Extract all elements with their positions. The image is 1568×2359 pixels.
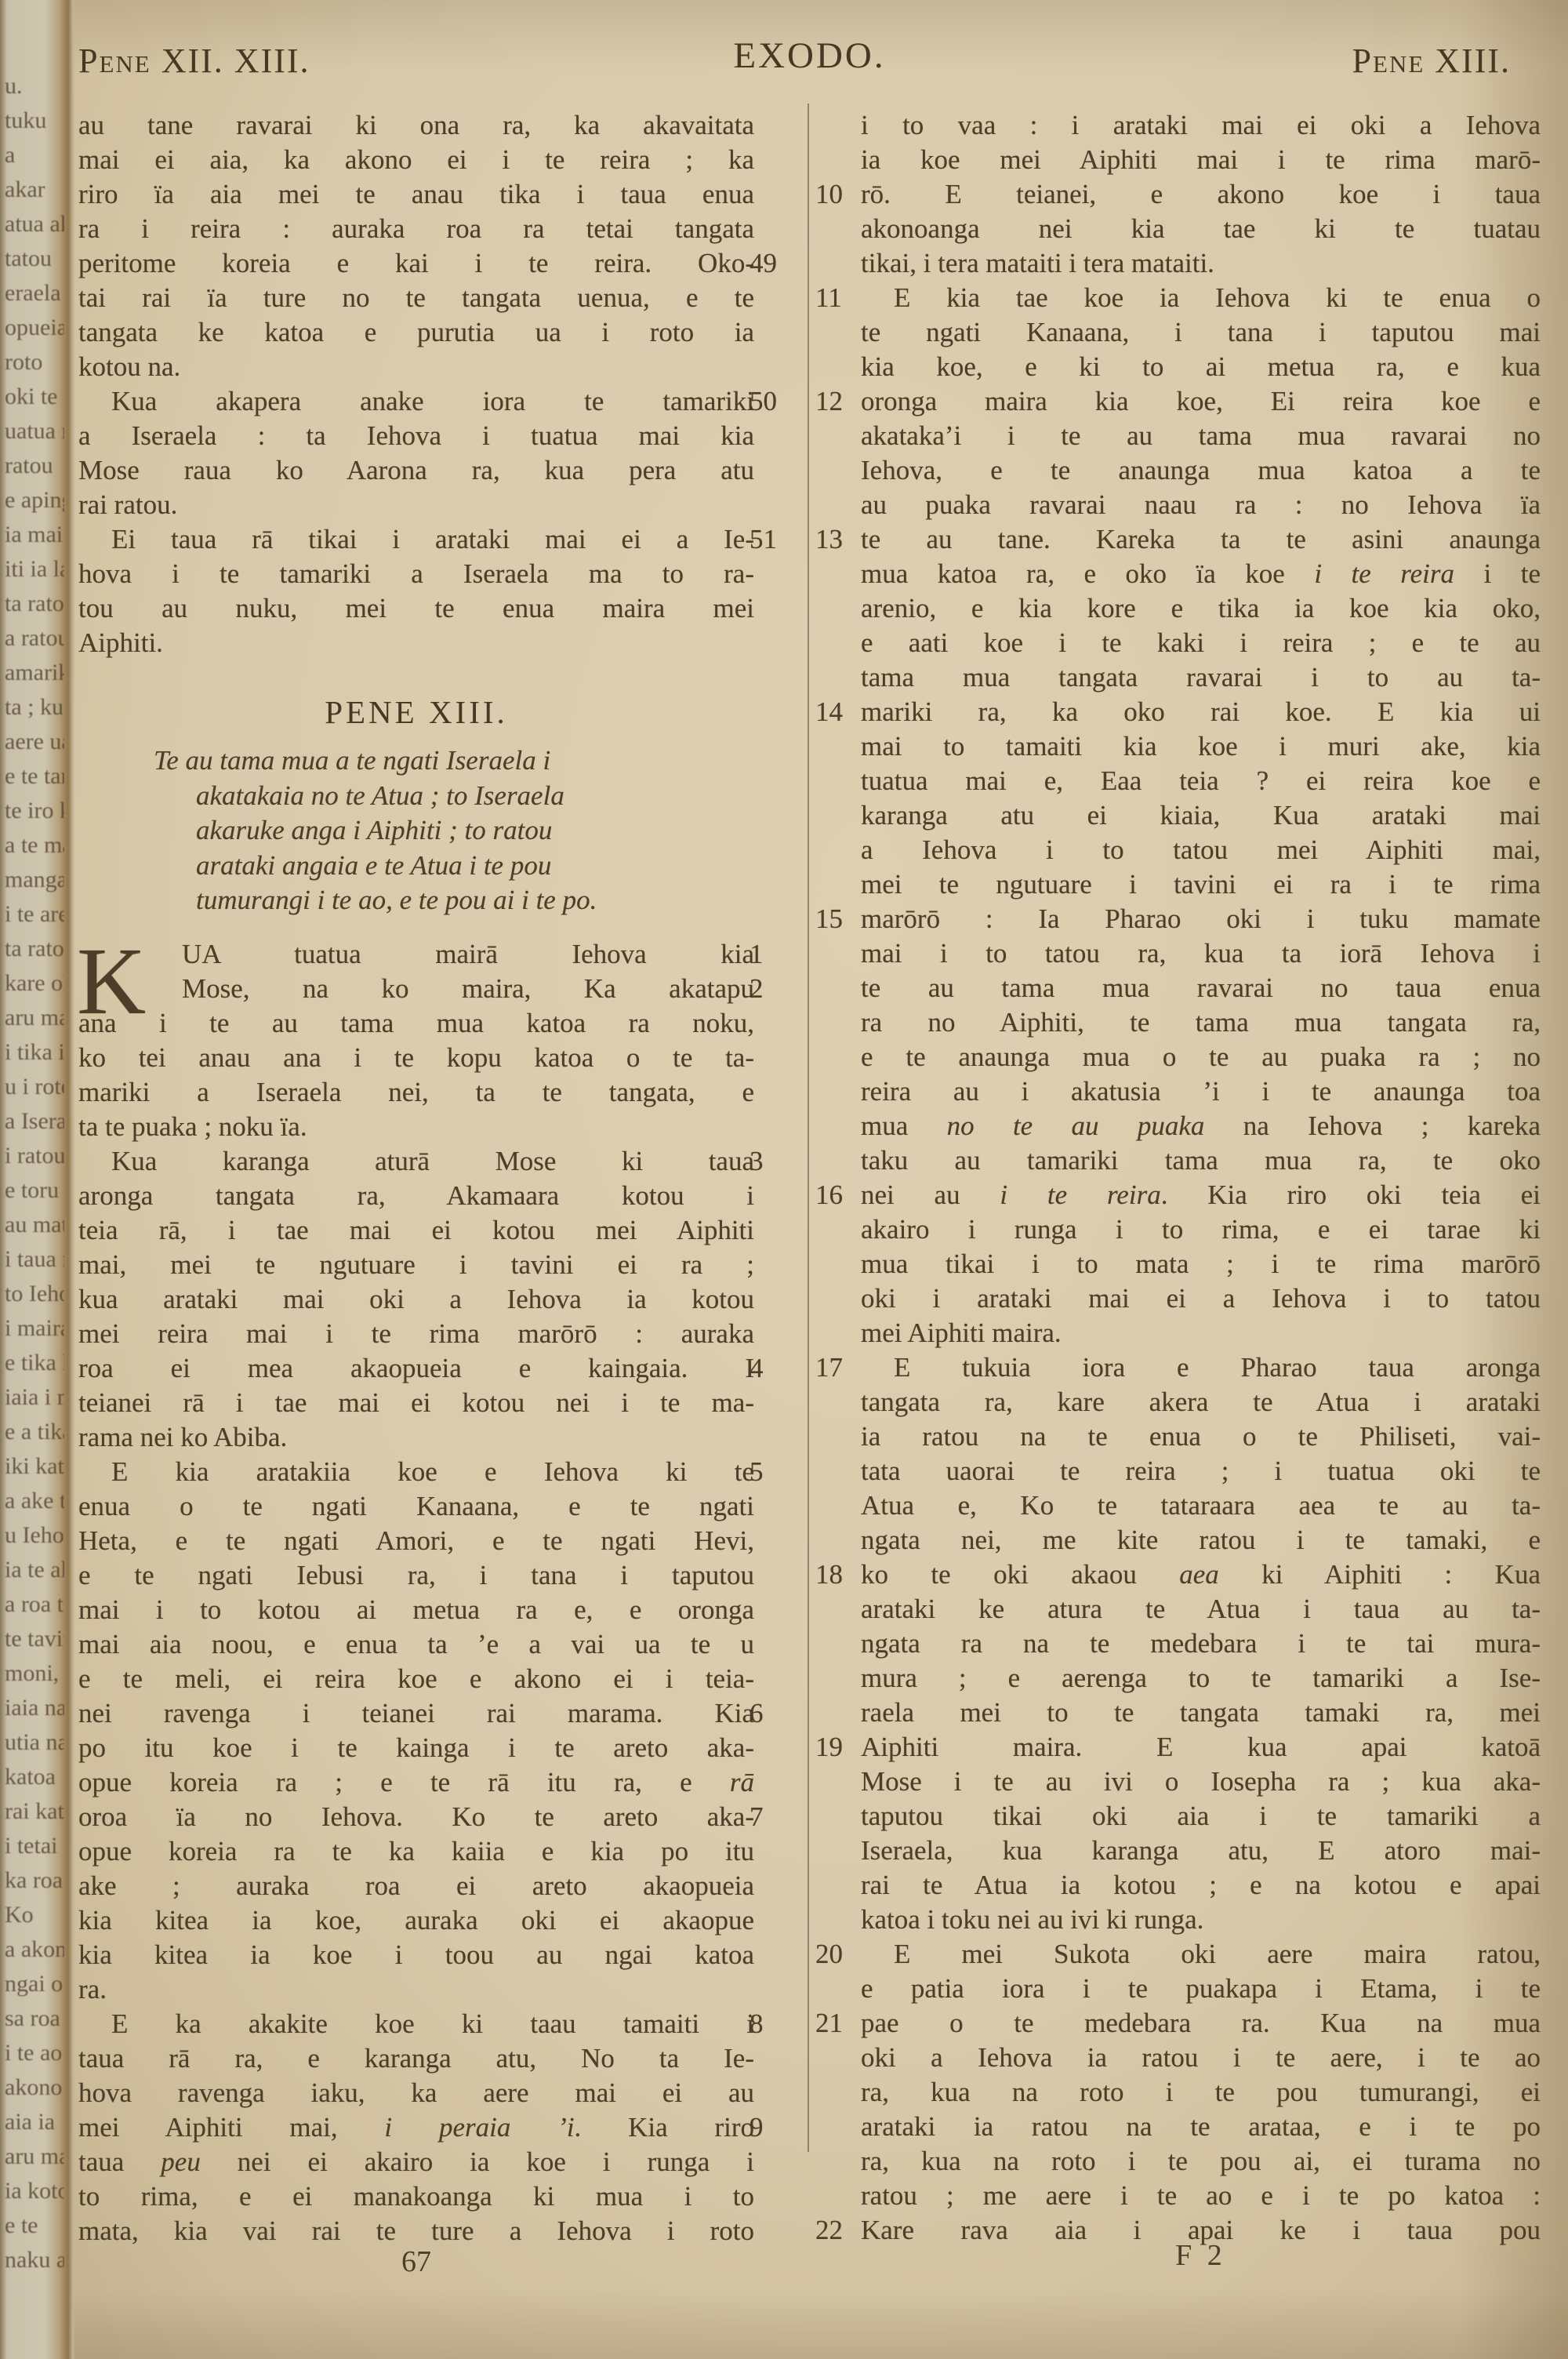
verse-line: to rima, e ei manakoanga ki mua i to (78, 2179, 754, 2214)
gutter-fragment: aia ia (5, 2105, 64, 2139)
verse-number: 5 (750, 1455, 795, 1489)
verse-line: ra, kua na roto i te pou ai, ei turama n… (861, 2144, 1541, 2179)
gutter-fragment: eraela (5, 276, 64, 311)
verse-line: 13te au tane. Kareka ta te asini anaunga (861, 522, 1541, 557)
verse-line: 16nei au i te reira. Kia riro oki teia e… (861, 1178, 1541, 1212)
gutter-fragment: iki katoa (5, 1449, 64, 1484)
verse-line: rama nei ko Abiba. (78, 1420, 754, 1455)
verse-line: katoa i toku nei au ivi ki runga. (861, 1903, 1541, 1937)
verse-line: enua o te ngati Kanaana, e te ngati (78, 1489, 754, 1524)
running-head-right: Pene XIII. (1352, 41, 1511, 81)
verse-line: kotou na. (78, 350, 754, 384)
gutter-fragment: atua ak (5, 207, 64, 242)
gutter-fragment: e tika k (5, 1346, 64, 1380)
chapter-intro-line: arataki angaia e te Atua i te pou (154, 849, 751, 884)
verse-line: mei reira mai i te rima marōrō : auraka (78, 1317, 754, 1351)
verse-number: 17 (815, 1350, 859, 1385)
book-title: EXODO. (78, 35, 1541, 77)
verse-number: 13 (815, 522, 859, 557)
verse-number: 8 (750, 2007, 795, 2041)
verse-line: akairo i runga i to rima, e ei tarae ki (861, 1212, 1541, 1247)
verse-line: 14mariki ra, ka oko rai koe. E kia ui (861, 695, 1541, 729)
verse-line: arenio, e kia kore e tika ia koe kia oko… (861, 591, 1541, 626)
verse-line: akataka’i i te au tama mua ravarai no (861, 419, 1541, 453)
verse-number: 6 (750, 1696, 795, 1731)
gutter-fragment: u Iehova (5, 1518, 64, 1553)
verse-line: 2Mose, na ko maira, Ka akatapu (78, 972, 754, 1006)
verse-line: mata, kia vai rai te ture a Iehova i rot… (78, 2214, 754, 2248)
gutter-fragment: iaia na (5, 1691, 64, 1725)
gutter-fragment: ka roa (5, 1863, 64, 1898)
verse-line: 15marōrō : Ia Pharao oki i tuku mamate (861, 902, 1541, 936)
page-number: 67 (78, 2245, 754, 2279)
gutter-fragment: akono ia (5, 2070, 64, 2105)
verse-line: e te anaunga mua o te au puaka ra ; no (861, 1040, 1541, 1074)
gutter-fragment: moni, ki (5, 1656, 64, 1691)
verse-line: opue koreia ra te ka kaiia e kia po itu (78, 1834, 754, 1869)
gutter-fragment: a (5, 138, 64, 173)
verse-line: tuatua mai e, Eaa teia ? ei reira koe e (861, 764, 1541, 798)
verse-line: arataki ke atura te Atua i taua au ta- (861, 1592, 1541, 1627)
gutter-fragment: i te are (5, 897, 64, 932)
verse-line: Mose raua ko Aarona ra, kua pera atu (78, 453, 754, 488)
gutter-fragment: utia na (5, 1725, 64, 1760)
gutter-fragment: i tika ia (5, 1035, 64, 1070)
gutter-fragment: e a tika (5, 1415, 64, 1449)
gutter-fragment: ia kotou (5, 2174, 64, 2208)
verse-line: mei Aiphiti maira. (861, 1316, 1541, 1350)
verse-line: 7oroa ïa no Iehova. Ko te areto aka- (78, 1800, 754, 1834)
gutter-fragment: i tetai (5, 1829, 64, 1863)
verse-line: 20E mei Sukota oki aere maira ratou, (861, 1937, 1541, 1972)
gutter-fragment: i te ao (5, 2036, 64, 2070)
verse-number: 2 (750, 972, 795, 1006)
verse-line: tou au nuku, mei te enua maira mei (78, 591, 754, 626)
verse-line: 8E ka akakite koe ki taau tamaiti i (78, 2007, 754, 2041)
verse-line: hova ravenga iaku, ka aere mai ei au (78, 2076, 754, 2110)
gutter-fragment: aere ua, e (5, 725, 64, 759)
verse-number: 19 (815, 1730, 859, 1765)
verse-line: 5E kia aratakiia koe e Iehova ki te (78, 1455, 754, 1489)
verse-line: ratou ; me aere i te ao e i te po katoa … (861, 2179, 1541, 2213)
gutter-fragment: mangana (5, 863, 64, 897)
gutter-fragment: opueia (5, 311, 64, 345)
gutter-fragment: te tavini (5, 1622, 64, 1656)
verse-line: Atua e, Ko te tataraara aea te au ta- (861, 1488, 1541, 1523)
verse-line: rai ratou. (78, 488, 754, 522)
verse-line: kia kitea ia koe, auraka oki ei akaopue (78, 1903, 754, 1938)
gutter-fragment: sa roa (5, 2001, 64, 2036)
gutter-fragment: u. (5, 69, 64, 104)
verse-number: 50 (750, 384, 795, 419)
verse-line: Iseraela, kua karanga atu, E atoro mai- (861, 1834, 1541, 1868)
verse-line: tama mua tangata ravarai i to au ta- (861, 660, 1541, 695)
gutter-fragment: to Iehova (5, 1277, 64, 1311)
verse-number: 49 (750, 246, 795, 281)
gutter-fragment: u i roto (5, 1070, 64, 1104)
verse-line: 12oronga maira kia koe, Ei reira koe e (861, 384, 1541, 419)
left-column-text: au tane ravarai ki ona ra, ka akavaitata… (78, 108, 754, 660)
verse-number: 51 (750, 522, 795, 557)
verse-line: ra no Aiphiti, te tama mua tangata ra, (861, 1005, 1541, 1040)
verse-line: mura ; e aerenga to te tamariki a Ise- (861, 1661, 1541, 1696)
gutter-fragment: te iro ka (5, 794, 64, 828)
facing-page-fragments: u.tukuaakaratua aktatoueraelaopueiarotoo… (5, 69, 64, 2277)
verse-number: 3 (750, 1144, 795, 1179)
verse-number: 22 (815, 2213, 859, 2248)
chapter-intro-line: tumurangi i te ao, e te pou ai i te po. (154, 883, 751, 918)
verse-number: 1 (750, 937, 795, 972)
verse-line: raela mei to te tangata tamaki ra, mei (861, 1696, 1541, 1730)
gutter-fragment: i taua rā (5, 1242, 64, 1277)
gutter-fragment: aru mai (5, 1001, 64, 1035)
gutter-fragment: e toru ng (5, 1173, 64, 1208)
verse-line: Aiphiti. (78, 626, 754, 660)
verse-line: i to vaa : i arataki mai ei oki a Iehova (861, 108, 1541, 143)
gutter-fragment: amariki (5, 656, 64, 690)
gutter-fragment: ia te ak (5, 1553, 64, 1587)
verse-line: ia koe mei Aiphiti mai i te rima marō- (861, 143, 1541, 177)
verse-line: taku au tamariki tama mua ra, te oko (861, 1143, 1541, 1178)
verse-line: kia kitea ia koe i toou au ngai katoa (78, 1938, 754, 1972)
gutter-fragment: kare oki (5, 966, 64, 1001)
column-left: au tane ravarai ki ona ra, ka akavaitata… (78, 108, 754, 2248)
verse-line: tai rai ïa ture no te tangata uenua, e t… (78, 281, 754, 315)
gutter-fragment: roto (5, 345, 64, 380)
gutter-fragment: Ko (5, 1898, 64, 1932)
gutter-fragment: a ake to (5, 1484, 64, 1518)
gutter-fragment: ta ; kua (5, 690, 64, 725)
gutter-fragment: a Iseraela (5, 1104, 64, 1139)
gutter-fragment: ratou (5, 449, 64, 483)
gutter-fragment: au matai (5, 1208, 64, 1242)
gutter-fragment: a akono (5, 1932, 64, 1967)
verse-line: ia ratou na te enua o te Philiseti, vai- (861, 1419, 1541, 1454)
verse-line: ra i reira : auraka roa ra tetai tangata (78, 212, 754, 246)
verse-line: ta te puaka ; noku ïa. (78, 1110, 754, 1144)
chapter-heading: PENE XIII. (78, 693, 754, 731)
verse-number: 15 (815, 902, 859, 936)
verse-line: au puaka ravarai naau ra : no Iehova ïa (861, 488, 1541, 522)
verse-line: mua no te au puaka na Iehova ; kareka (861, 1109, 1541, 1143)
verse-line: e aati koe i te kaki i reira ; e te au (861, 626, 1541, 660)
verse-line: Mose i te au ivi o Iosepha ra ; kua aka- (861, 1765, 1541, 1799)
verse-line: 50Kua akapera anake iora te tamariki (78, 384, 754, 419)
verse-line: reira au i akatusia ’i i te anaunga toa (861, 1074, 1541, 1109)
verse-line: hova i te tamariki a Iseraela ma to ra- (78, 557, 754, 591)
verse-line: 10rō. E teianei, e akono koe i taua (861, 177, 1541, 212)
verse-line: ngata ra na te medebara i te tai mura- (861, 1627, 1541, 1661)
verse-line: karanga atu ei kiaia, Kua arataki mai (861, 798, 1541, 833)
verse-line: rai te Atua ia kotou ; e na kotou e apai (861, 1868, 1541, 1903)
verse-line: teia rā, i tae mai ei kotou mei Aiphiti (78, 1213, 754, 1248)
verse-line: 17E tukuia iora e Pharao taua aronga (861, 1350, 1541, 1385)
verse-line: oki a Iehova ia ratou i te aere, i te ao (861, 2041, 1541, 2075)
signature-mark: F 2 (861, 2238, 1541, 2273)
verse-line: oki i arataki mai ei a Iehova i to tatou (861, 1281, 1541, 1316)
verse-line: 49peritome koreia e kai i te reira. Oko- (78, 246, 754, 281)
column-divider (808, 104, 809, 2152)
verse-line: taua peu nei ei akairo ia koe i runga i (78, 2145, 754, 2179)
verse-number: 21 (815, 2006, 859, 2041)
verse-line: a Iehova i to tatou mei Aiphiti mai, (861, 833, 1541, 867)
book-gutter: u.tukuaakaratua aktatoueraelaopueiarotoo… (0, 0, 75, 2359)
gutter-fragment: a roa te (5, 1587, 64, 1622)
verse-number: 20 (815, 1937, 859, 1972)
verse-line: ngata nei, me kite ratou i te tamaki, e (861, 1523, 1541, 1558)
verse-line: mai ei aia, ka akono ei i te reira ; ka (78, 143, 754, 177)
page: Pene XII. XIII. EXODO. Pene XIII. au tan… (0, 0, 1568, 2359)
verse-number: 9 (750, 2110, 795, 2145)
verse-line: mei te ngutuare i tavini ei ra i te rima (861, 867, 1541, 902)
verse-number: 11 (815, 281, 859, 315)
verse-line: Heta, e te ngati Amori, e te ngati Hevi, (78, 1524, 754, 1558)
gutter-fragment: oki te a (5, 380, 64, 414)
verse-line: ko tei anau ana i te kopu katoa o te ta- (78, 1041, 754, 1075)
verse-line: 11E kia tae koe ia Iehova ki te enua o (861, 281, 1541, 315)
verse-line: taua rā ra, e karanga atu, No ta Ie- (78, 2041, 754, 2076)
verse-line: e te ngati Iebusi ra, i tana i taputou (78, 1558, 754, 1593)
gutter-fragment: e te tang (5, 759, 64, 794)
verse-line: te au tama mua ravarai no taua enua (861, 971, 1541, 1005)
gutter-fragment: i maira (5, 1311, 64, 1346)
gutter-fragment: rai kat (5, 1794, 64, 1829)
gutter-fragment: ia mai a (5, 518, 64, 552)
gutter-fragment: uatua ma (5, 414, 64, 449)
verse-line: mai aia noou, e enua ta ’e a vai ua te u (78, 1627, 754, 1662)
gutter-fragment: tatou (5, 242, 64, 276)
verse-number: 4 (750, 1351, 795, 1386)
verse-line: tikai, i tera mataiti i tera mataiti. (861, 246, 1541, 281)
verse-line: e patia iora i te puakapa i Etama, i te (861, 1972, 1541, 2006)
gutter-fragment: a ratou (5, 621, 64, 656)
verse-line: taputou tikai oki aia i te tamariki a (861, 1799, 1541, 1834)
verse-line: kua arataki mai oki a Iehova ia kotou (78, 1282, 754, 1317)
gutter-fragment: iti ia la (5, 552, 64, 587)
verse-line: tata uaorai te reira ; i tuatua oki te (861, 1454, 1541, 1488)
gutter-fragment: akar (5, 173, 64, 207)
verse-line: a Iseraela : ta Iehova i tuatua mai kia (78, 419, 754, 453)
gutter-fragment: i ratou (5, 1139, 64, 1173)
gutter-fragment: iaia i m (5, 1380, 64, 1415)
verse-line: mua katoa ra, e oko ïa koe i te reira i … (861, 557, 1541, 591)
verse-line: riro ïa aia mei te anau tika i taua enua (78, 177, 754, 212)
chapter-intro: Te au tama mua a te ngati Iseraela iakat… (154, 743, 751, 918)
verse-number: 12 (815, 384, 859, 419)
verse-line: mai i to kotou ai metua ra e, e oronga (78, 1593, 754, 1627)
gutter-fragment: ngai o a (5, 1967, 64, 2001)
book-page-scan: Pene XII. XIII. EXODO. Pene XIII. au tan… (0, 0, 1568, 2359)
page-header: Pene XII. XIII. EXODO. Pene XIII. (78, 35, 1541, 83)
chapter-intro-line: akaruke anga i Aiphiti ; to ratou (154, 813, 751, 849)
verse-line: 21pae o te medebara ra. Kua na mua (861, 2006, 1541, 2041)
verse-line: aronga tangata ra, Akamaara kotou i (78, 1179, 754, 1213)
verse-line: mariki a Iseraela nei, ta te tangata, e (78, 1075, 754, 1110)
verse-line: 19Aiphiti maira. E kua apai katoā (861, 1730, 1541, 1765)
gutter-fragment: naku ai (5, 2243, 64, 2277)
verse-line: opue koreia ra ; e te rā itu ra, e rā (78, 1765, 754, 1800)
verse-line: mua tikai i to mata ; i te rima marōrō (861, 1247, 1541, 1281)
verse-line: tangata ke katoa e purutia ua i roto ia (78, 315, 754, 350)
verse-line: tangata ra, kare akera te Atua i arataki (861, 1385, 1541, 1419)
verse-line: ana i te au tama mua katoa ra noku, (78, 1006, 754, 1041)
verse-line: ra. (78, 1972, 754, 2007)
verse-line: te ngati Kanaana, i tana i taputou mai (861, 315, 1541, 350)
verse-line: 6nei ravenga i teianei rai marama. Kia (78, 1696, 754, 1731)
left-column-text-2: K 1UA tuatua mairā Iehova kia2Mose, na k… (78, 937, 754, 2248)
verse-line: mai to tamaiti kia koe i muri ake, kia (861, 729, 1541, 764)
gutter-fragment: katoa (5, 1760, 64, 1794)
gutter-fragment: e te (5, 2208, 64, 2243)
chapter-intro-line: Te au tama mua a te ngati Iseraela i (154, 743, 751, 779)
verse-line: Iehova, e te anaunga mua katoa a te (861, 453, 1541, 488)
verse-line: 51Ei taua rā tikai i arataki mai ei a Ie… (78, 522, 754, 557)
verse-line: mai, mei te ngutuare i tavini ei ra ; (78, 1248, 754, 1282)
gutter-fragment: ta ratou (5, 587, 64, 621)
verse-number: 18 (815, 1558, 859, 1592)
verse-line: akonoanga nei kia tae ki te tuatau (861, 212, 1541, 246)
chapter-intro-line: akatakaia no te Atua ; to Iseraela (154, 779, 751, 814)
right-column-text: i to vaa : i arataki mai ei oki a Iehova… (861, 108, 1541, 2248)
verse-line: 4roa ei mea akaopueia e kaingaia. I (78, 1351, 754, 1386)
gutter-fragment: tuku (5, 104, 64, 138)
verse-number: 16 (815, 1178, 859, 1212)
verse-line: ra, kua na roto i te pou tumurangi, ei (861, 2075, 1541, 2110)
verse-line: au tane ravarai ki ona ra, ka akavaitata (78, 108, 754, 143)
verse-line: arataki ia ratou na te arataa, e i te po (861, 2110, 1541, 2144)
verse-number: 10 (815, 177, 859, 212)
gutter-fragment: a te ma (5, 828, 64, 863)
gutter-fragment: aru mai t (5, 2139, 64, 2174)
verse-line: 18ko te oki akaou aea ki Aiphiti : Kua (861, 1558, 1541, 1592)
gutter-fragment: ta ratou (5, 932, 64, 966)
column-right: i to vaa : i arataki mai ei oki a Iehova… (861, 108, 1541, 2248)
gutter-fragment: e apinga (5, 483, 64, 518)
verse-line: kia koe, e ki to ai metua ra, e kua (861, 350, 1541, 384)
verse-line: 3Kua karanga aturā Mose ki taua (78, 1144, 754, 1179)
verse-line: 9mei Aiphiti mai, i peraia ’i. Kia riro (78, 2110, 754, 2145)
verse-line: ake ; auraka roa ei areto akaopueia (78, 1869, 754, 1903)
verse-line: po itu koe i te kainga i te areto aka- (78, 1731, 754, 1765)
verse-number: 7 (750, 1800, 795, 1834)
verse-line: e te meli, ei reira koe e akono ei i tei… (78, 1662, 754, 1696)
verse-line: mai i to tatou ra, kua ta iorā Iehova i (861, 936, 1541, 971)
verse-line: teianei rā i tae mai ei kotou nei i te m… (78, 1386, 754, 1420)
verse-number: 14 (815, 695, 859, 729)
verse-line: 1UA tuatua mairā Iehova kia (78, 937, 754, 972)
